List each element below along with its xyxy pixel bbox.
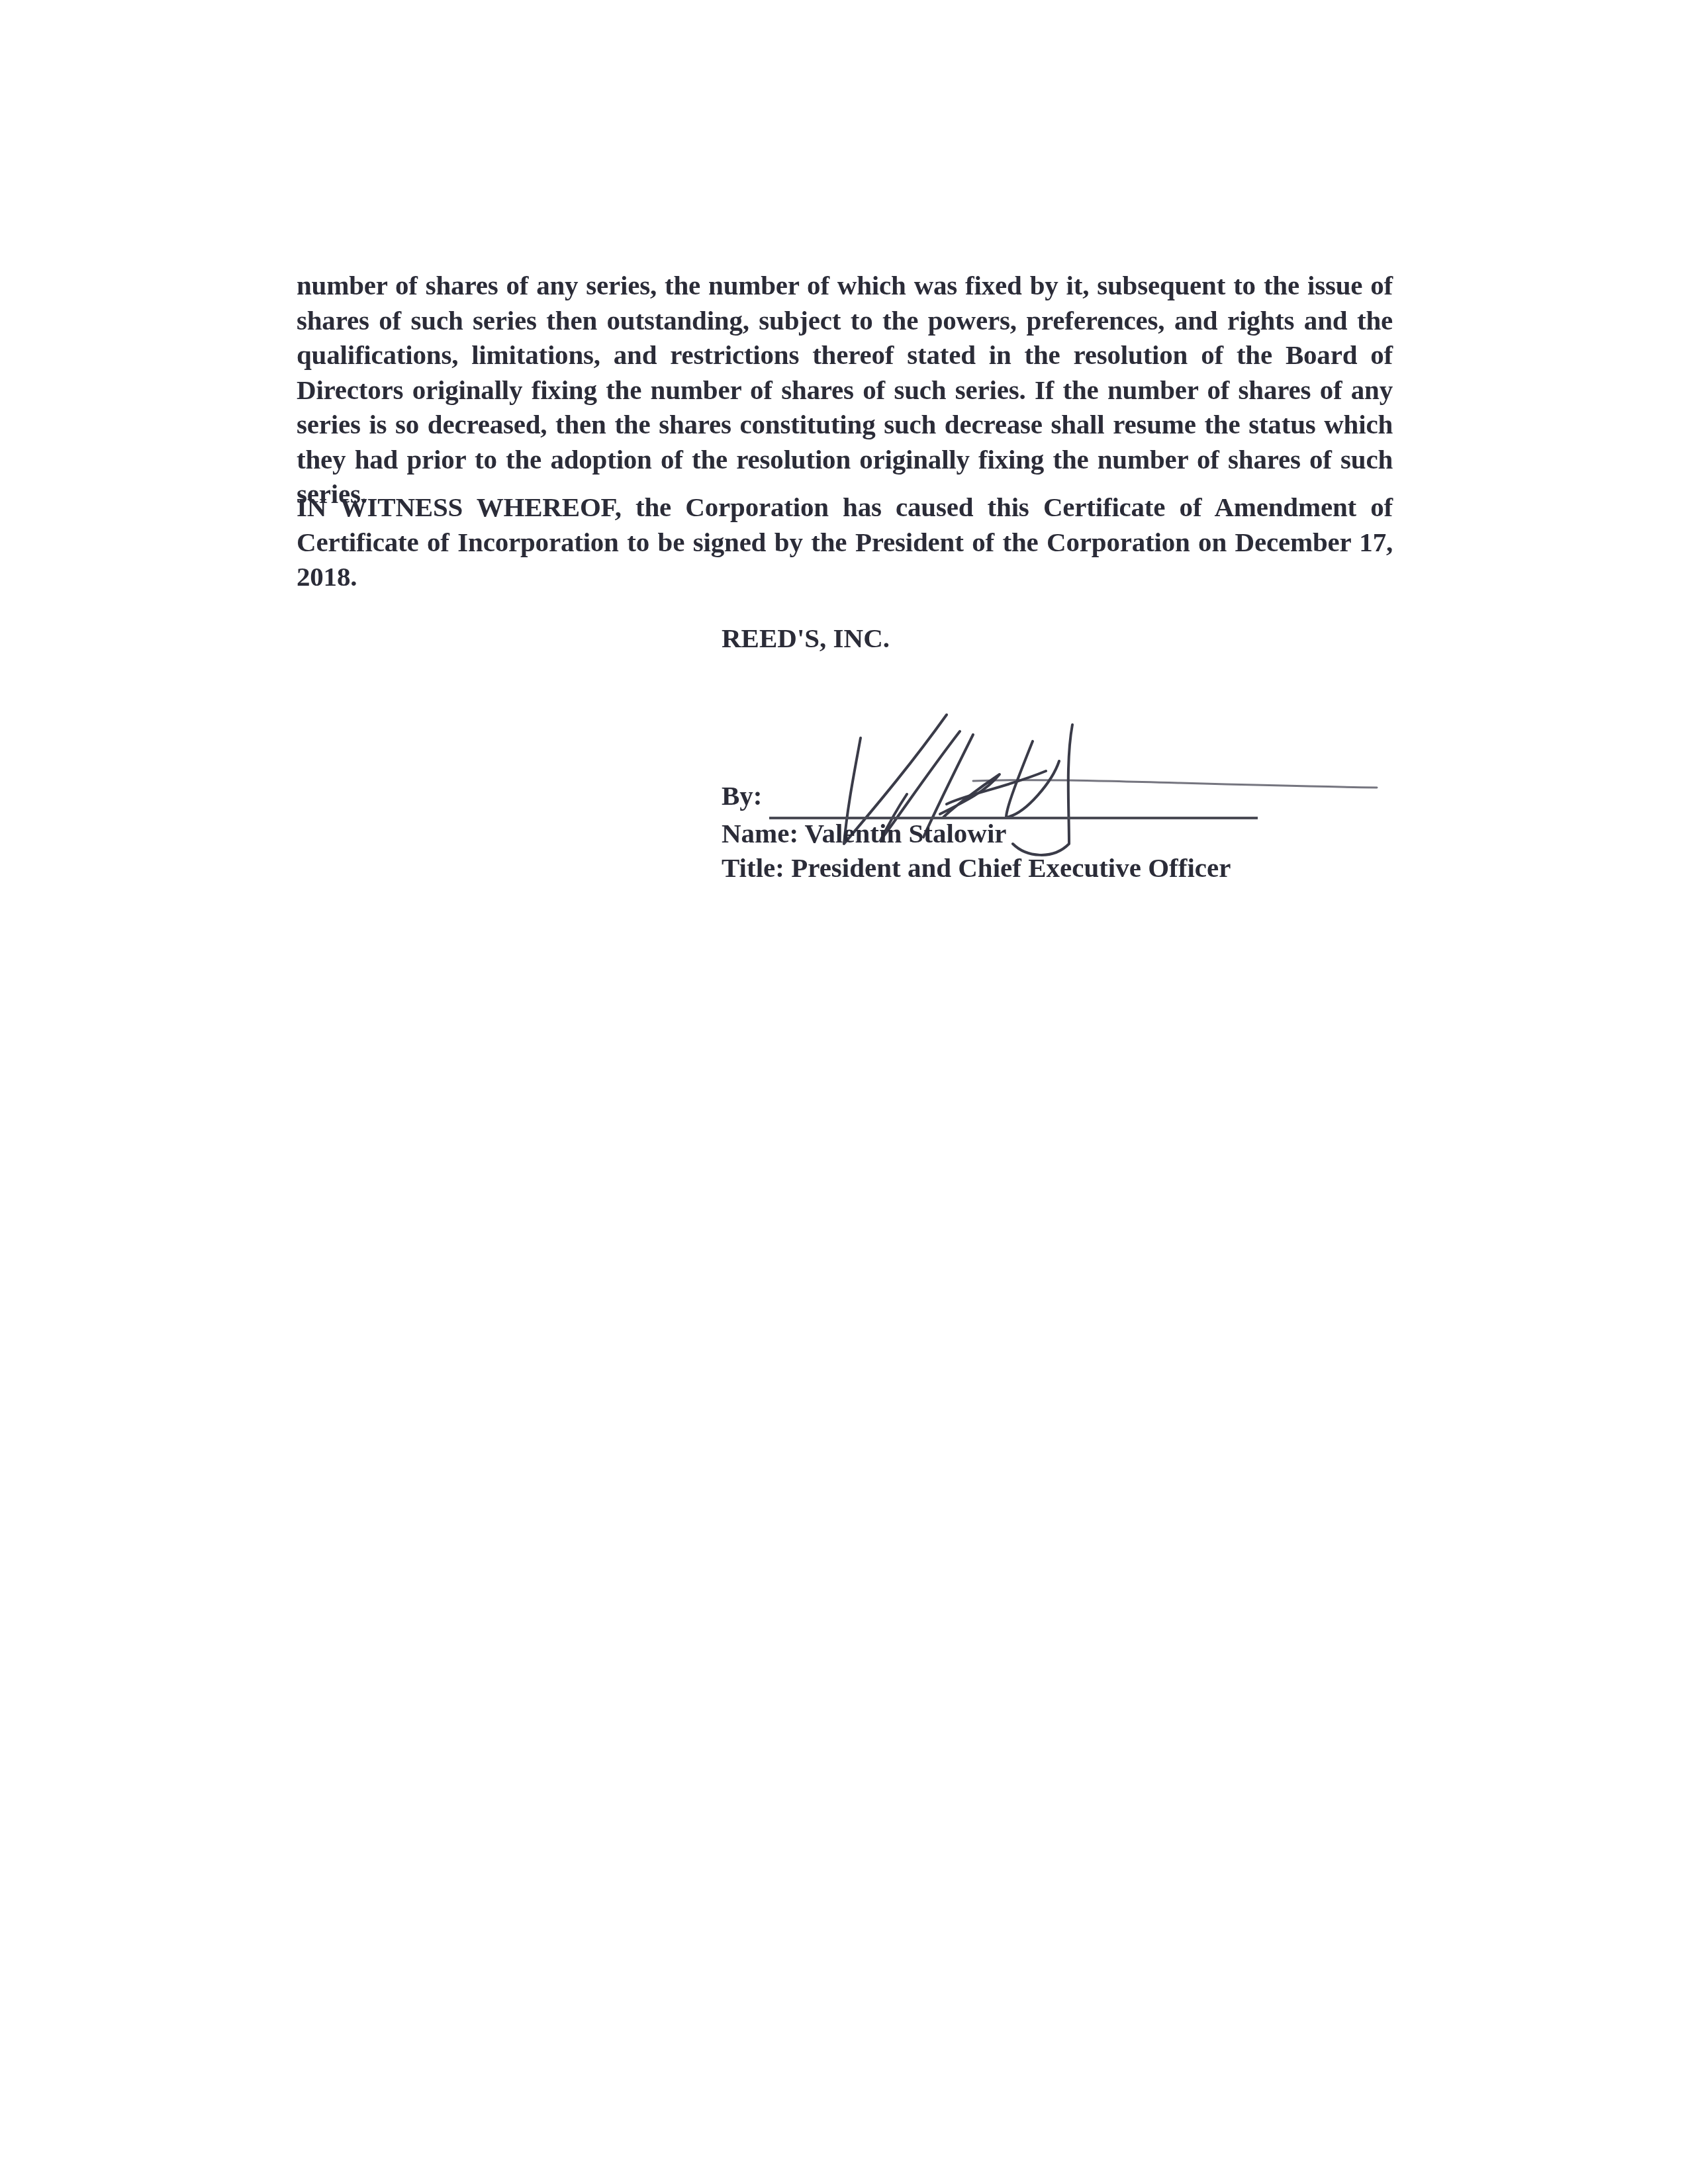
company-name: REED'S, INC. (722, 622, 890, 654)
body-paragraph-witness: IN WITNESS WHEREOF, the Corporation has … (297, 490, 1393, 594)
signatory-name: Name: Valentin Stalowir (722, 817, 1007, 849)
document-page: number of shares of any series, the numb… (0, 0, 1688, 2184)
body-paragraph-shares: number of shares of any series, the numb… (297, 268, 1393, 512)
signatory-title: Title: President and Chief Executive Off… (722, 852, 1231, 884)
by-label: By: (722, 780, 763, 811)
